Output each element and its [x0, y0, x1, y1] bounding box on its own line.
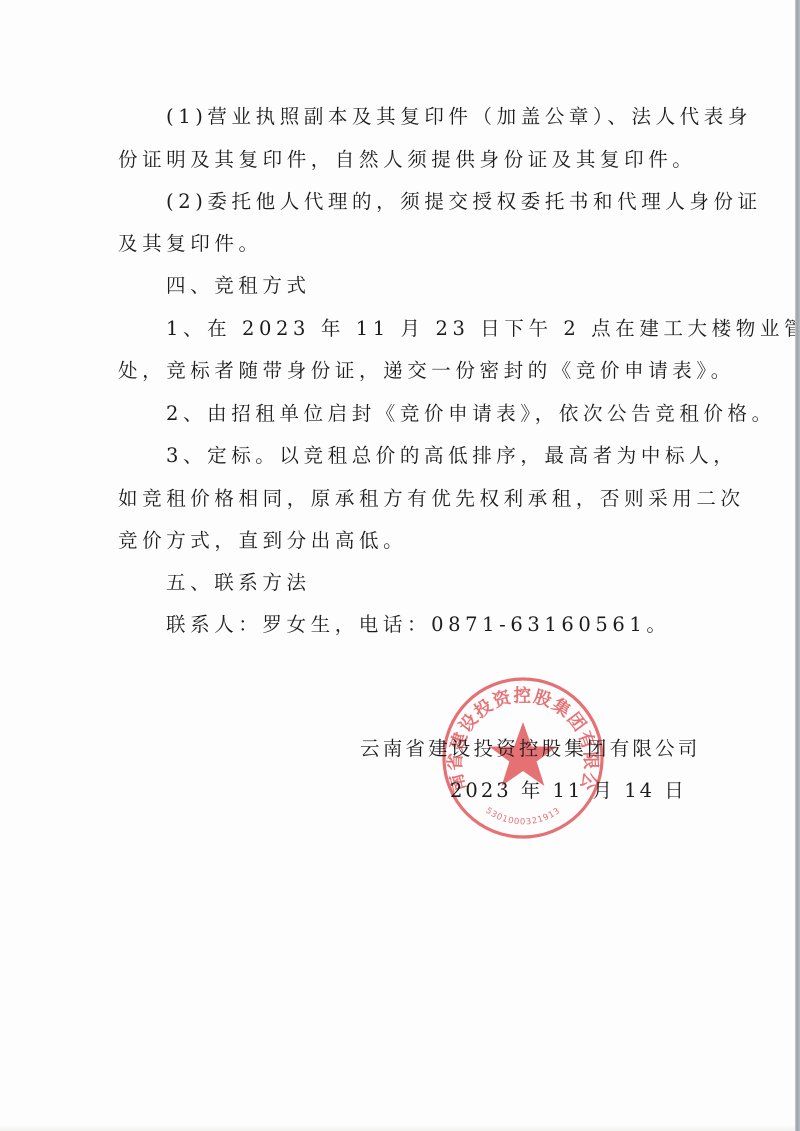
bidding-step-1-line-1: 1、在 2023 年 11 月 23 日下午 2 点在建工大楼物业管理 — [166, 317, 800, 341]
signature-date: 2023 年 11 月 14 日 — [450, 779, 687, 803]
bidding-step-1-line-2: 处，竞标者随带身份证，递交一份密封的《竞价申请表》。 — [118, 359, 735, 383]
seal-serial-number: 5301000321913 — [484, 806, 563, 827]
bidding-step-3-line-3: 竞价方式，直到分出高低。 — [118, 529, 407, 553]
bidding-step-3-line-1: 3、定标。以竞租总价的高低排序，最高者为中标人， — [166, 444, 737, 468]
scanner-edge — [795, 0, 800, 1131]
document-page: (1)营业执照副本及其复印件（加盖公章）、法人代表身 份证明及其复印件，自然人须… — [0, 0, 795, 1131]
signature-company-name: 云南省建设投资控股集团有限公司 — [360, 737, 701, 761]
requirement-2-line-1: (2)委托他人代理的，须提交授权委托书和代理人身份证 — [166, 190, 762, 214]
section-heading-contact: 五、联系方法 — [166, 571, 311, 595]
bidding-step-2: 2、由招租单位启封《竞价申请表》，依次公告竞租价格。 — [166, 402, 776, 426]
contact-info: 联系人：罗女生，电话：0871-63160561。 — [166, 613, 670, 637]
requirement-2-line-2: 及其复印件。 — [118, 232, 263, 256]
section-heading-bidding-method: 四、竞租方式 — [166, 274, 311, 298]
requirement-1-line-1: (1)营业执照副本及其复印件（加盖公章）、法人代表身 — [166, 105, 752, 129]
requirement-1-line-2: 份证明及其复印件，自然人须提供身份证及其复印件。 — [118, 148, 696, 172]
bidding-step-3-line-2: 如竞租价格相同，原承租方有优先权利承租，否则采用二次 — [118, 487, 745, 511]
scan-bottom-shade — [0, 1125, 795, 1131]
